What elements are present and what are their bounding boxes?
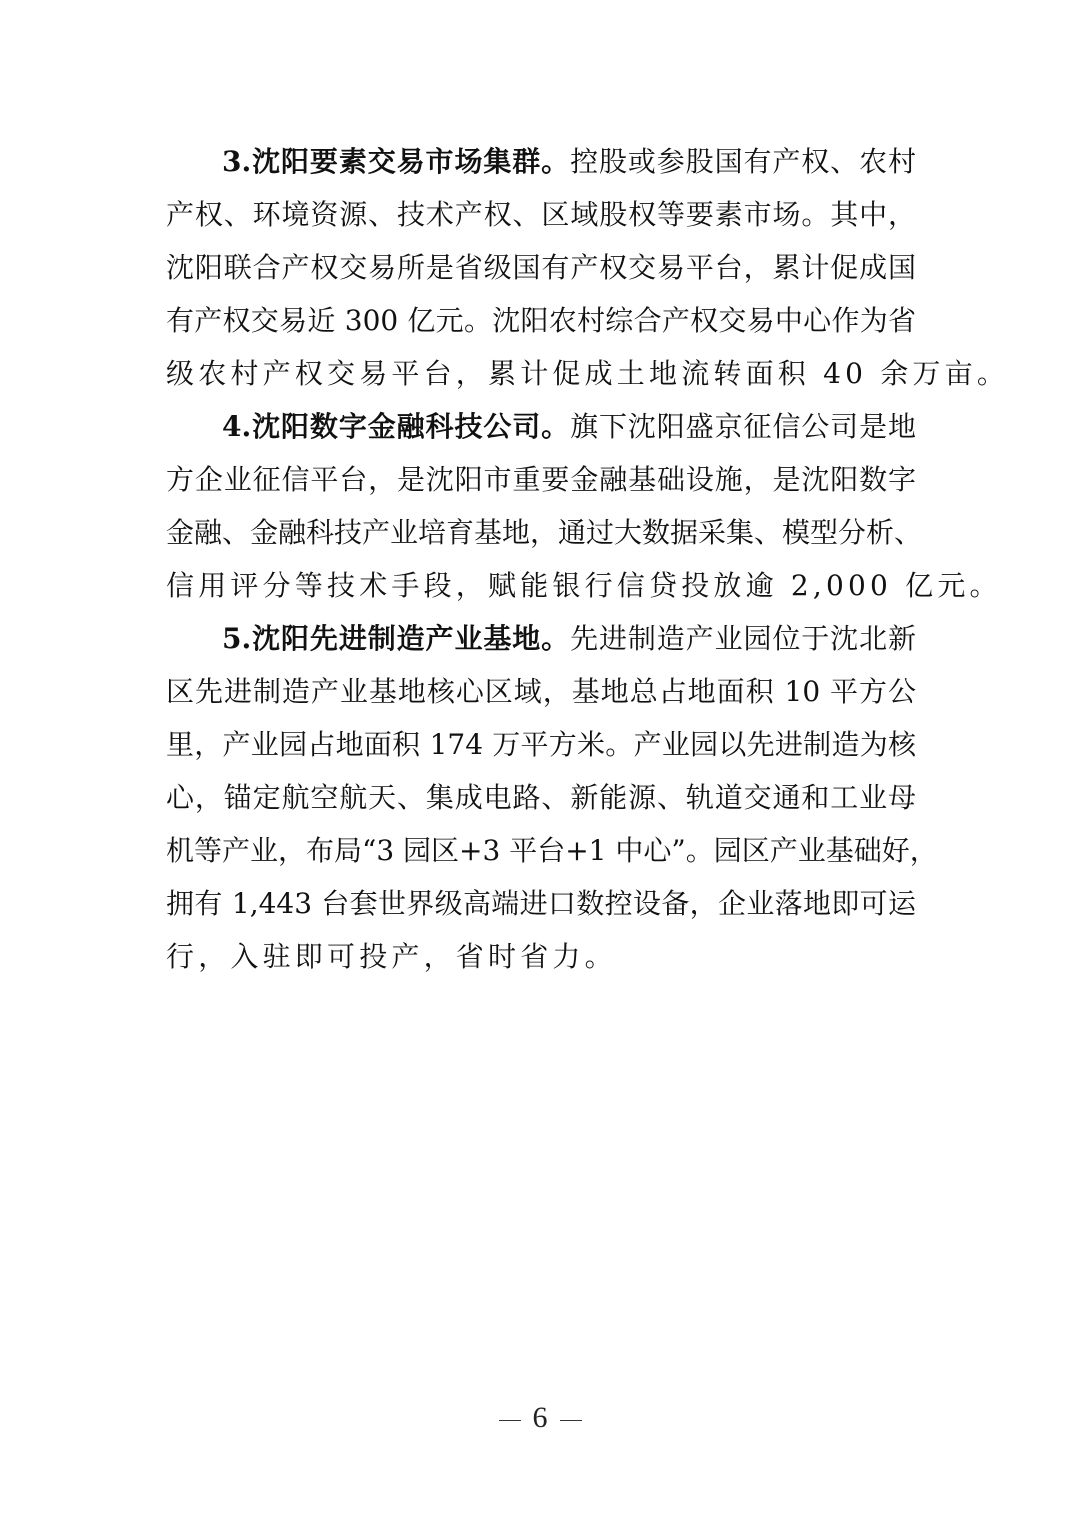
paragraph-5-line-5: 机等产业，布局“3 园区+3 平台+1 中心”。园区产业基础好， [166, 831, 916, 871]
paragraph-5-line-1: 5.沈阳先进制造产业基地。先进制造产业园位于沈北新 [222, 619, 916, 659]
paragraph-4-line-3: 金融、金融科技产业培育基地，通过大数据采集、模型分析、 [166, 513, 916, 553]
footer-dash-left [499, 1420, 521, 1421]
paragraph-3-line-2: 产权、环境资源、技术产权、区域股权等要素市场。其中， [166, 195, 916, 235]
paragraph-4-line-4: 信用评分等技术手段，赋能银行信贷投放逾 2,000 亿元。 [166, 566, 916, 606]
paragraph-5-line-2: 区先进制造产业基地核心区域，基地总占地面积 10 平方公 [166, 672, 916, 712]
paragraph-4-line-2: 方企业征信平台，是沈阳市重要金融基础设施，是沈阳数字 [166, 460, 916, 500]
document-page: 3.沈阳要素交易市场集群。控股或参股国有产权、农村 产权、环境资源、技术产权、区… [0, 0, 1080, 1528]
paragraph-5-line-6: 拥有 1,443 台套世界级高端进口数控设备，企业落地即可运 [166, 884, 916, 924]
paragraph-3-line-3: 沈阳联合产权交易所是省级国有产权交易平台，累计促成国 [166, 248, 916, 288]
page-footer: 6 [0, 1398, 1080, 1438]
page-number: 6 [533, 1401, 548, 1434]
paragraph-3-line-5: 级农村产权交易平台，累计促成土地流转面积 40 余万亩。 [166, 354, 916, 394]
paragraph-5-heading: 5.沈阳先进制造产业基地。 [222, 622, 570, 655]
footer-dash-right [560, 1420, 582, 1421]
paragraph-5-line-7: 行，入驻即可投产，省时省力。 [166, 937, 916, 977]
paragraph-5-line-4: 心，锚定航空航天、集成电路、新能源、轨道交通和工业母 [166, 778, 916, 818]
paragraph-5-line-3: 里，产业园占地面积 174 万平方米。产业园以先进制造为核 [166, 725, 916, 765]
paragraph-3-line-1: 3.沈阳要素交易市场集群。控股或参股国有产权、农村 [222, 142, 916, 182]
paragraph-3-line-4: 有产权交易近 300 亿元。沈阳农村综合产权交易中心作为省 [166, 301, 916, 341]
paragraph-3-heading: 3.沈阳要素交易市场集群。 [222, 145, 570, 178]
paragraph-4-heading: 4.沈阳数字金融科技公司。 [222, 410, 570, 443]
paragraph-4-line-1: 4.沈阳数字金融科技公司。旗下沈阳盛京征信公司是地 [222, 407, 916, 447]
